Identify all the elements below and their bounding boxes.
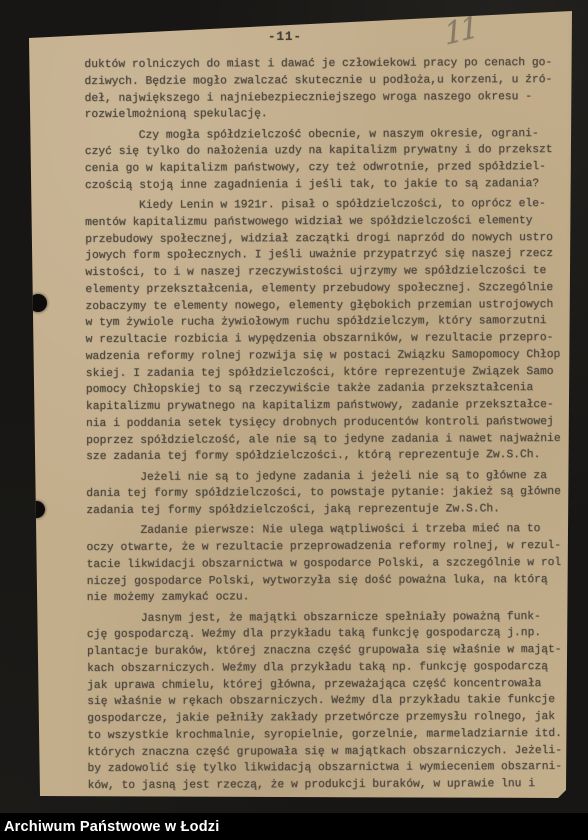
typescript-line: czością stoją inne zagadnienia i jeśli t… — [85, 176, 567, 195]
typescript-line: kapitalizmu prywatnego na kapitalizm pań… — [86, 397, 568, 416]
typescript-line: duktów rolniczych do miast i dawać je cz… — [84, 55, 566, 74]
typescript-line: by zadowolić się tylko likwidacją obszar… — [87, 759, 569, 778]
typescript-line: zobaczymy te elementy nowego, elementy g… — [85, 296, 567, 315]
archive-watermark-label: Archiwum Państwowe w Łodzi — [0, 819, 219, 835]
typescript-line: poprzez spółdzielczość, ale nie są to je… — [86, 430, 568, 449]
typescript-line: skiej. I zadania tej spółdzielczości, kt… — [86, 363, 568, 382]
typescript-line: jowych form społecznych. I jeśli uważnie… — [85, 246, 567, 265]
typescript-line: w tym żywiole rucha żywiołowym ruchu spó… — [86, 313, 568, 332]
typescript-line: Jasnym jest, że majątki obszarnicze speł… — [87, 608, 569, 627]
typescript-line: cję gospodarczą. Weźmy dla przykładu tak… — [87, 625, 569, 644]
typescript-line: nia i poddania setek tysięcy drobnych pr… — [86, 414, 568, 433]
paragraph: Kiedy Lenin w 1921r. pisał o spółdzielcz… — [85, 196, 568, 466]
typescript-line: Zadanie pierwsze: Nie ulega wątpliwości … — [86, 521, 568, 540]
typescript-line: kach obszarniczych. Weźmy dla przykładu … — [87, 659, 569, 678]
typescript-line: plantacje buraków, której znaczna część … — [87, 642, 569, 661]
typed-page-number: -11- — [255, 30, 315, 44]
typescript-line: zadania tej formy spółdzielczości, jaką … — [86, 501, 568, 520]
typescript-line: w rezultacie rozbicia i wypędzenia obsza… — [86, 330, 568, 349]
typescript-line: rozwielmożnioną spekulację. — [85, 105, 567, 124]
typescript-line: tacie likwidacji obszarnictwa w gospodar… — [87, 555, 569, 574]
typescript-line: nie możemy zamykać oczu. — [87, 588, 569, 607]
typescript-line: sze zadania tej formy spółdzielczości., … — [86, 447, 568, 466]
paragraph: Jasnym jest, że majątki obszarnicze speł… — [87, 608, 570, 794]
document-page: -11- 11 duktów rolniczych do miast i daw… — [0, 0, 588, 840]
paragraph: Czy mogła spółdzielczość obecnie, w nasz… — [85, 125, 567, 194]
typescript-line: jak uprawa chmielu, której główna, przew… — [87, 675, 569, 694]
typescript-line: przebudowy społecznej, widział zaczątki … — [85, 229, 567, 248]
typescript-line: deł, największego i najniebezpieczniejsz… — [85, 88, 567, 107]
typescript-line: wadzenia reformy rolnej rozwija się w po… — [86, 347, 568, 366]
typescript-line: czyć się tylko do nałożenia uzdy na kapi… — [85, 142, 567, 161]
typescript-line: się właśnie w rękach obszarniczych. Weźm… — [87, 692, 569, 711]
typescript-line: cenia go w kapitalizm państwowy, czy też… — [85, 159, 567, 178]
typescript-line: Kiedy Lenin w 1921r. pisał o spółdzielcz… — [85, 196, 567, 215]
typescript-line: wistości, to i w naszej rzeczywistości u… — [85, 263, 567, 282]
paragraph: duktów rolniczych do miast i dawać je cz… — [84, 55, 566, 124]
typescript-line: dziwych. Będzie mogło zwalczać skuteczni… — [84, 72, 566, 91]
typescript-line: to wszystkie krochmalnie, syropielnie, g… — [87, 726, 569, 745]
typescript-line: pomocy Chłopskiej to są rzeczywiście tak… — [86, 380, 568, 399]
typescript-line: niczej gospodarce Polski, wytworzyła się… — [87, 571, 569, 590]
typescript-line: dania tej formy spółdzielczości, to pows… — [86, 484, 568, 503]
paragraph: Zadanie pierwsze: Nie ulega wątpliwości … — [86, 521, 568, 607]
typescript-line: których znaczna część grupowała się w ma… — [87, 742, 569, 761]
paragraph: Jeżeli nie są to jedyne zadania i jeżeli… — [86, 467, 568, 519]
typescript-line: mentów kapitalizmu państwowego widział w… — [85, 213, 567, 232]
typescript-line: Jeżeli nie są to jedyne zadania i jeżeli… — [86, 467, 568, 486]
typescript-text: duktów rolniczych do miast i dawać je cz… — [84, 55, 569, 795]
typescript-line: oczy otwarte, że w rezultacie przeprowad… — [87, 538, 569, 557]
typescript-line: elementy przekształcenia, elementy przeb… — [85, 280, 567, 299]
archive-watermark-bar: Archiwum Państwowe w Łodzi — [0, 813, 588, 840]
typescript-line: gospodarcze, jakie pełniły zakłady przet… — [87, 709, 569, 728]
typescript-line: ków, to jasną jest rzeczą, że w produkcj… — [88, 776, 570, 795]
typescript-line: Czy mogła spółdzielczość obecnie, w nasz… — [85, 125, 567, 144]
